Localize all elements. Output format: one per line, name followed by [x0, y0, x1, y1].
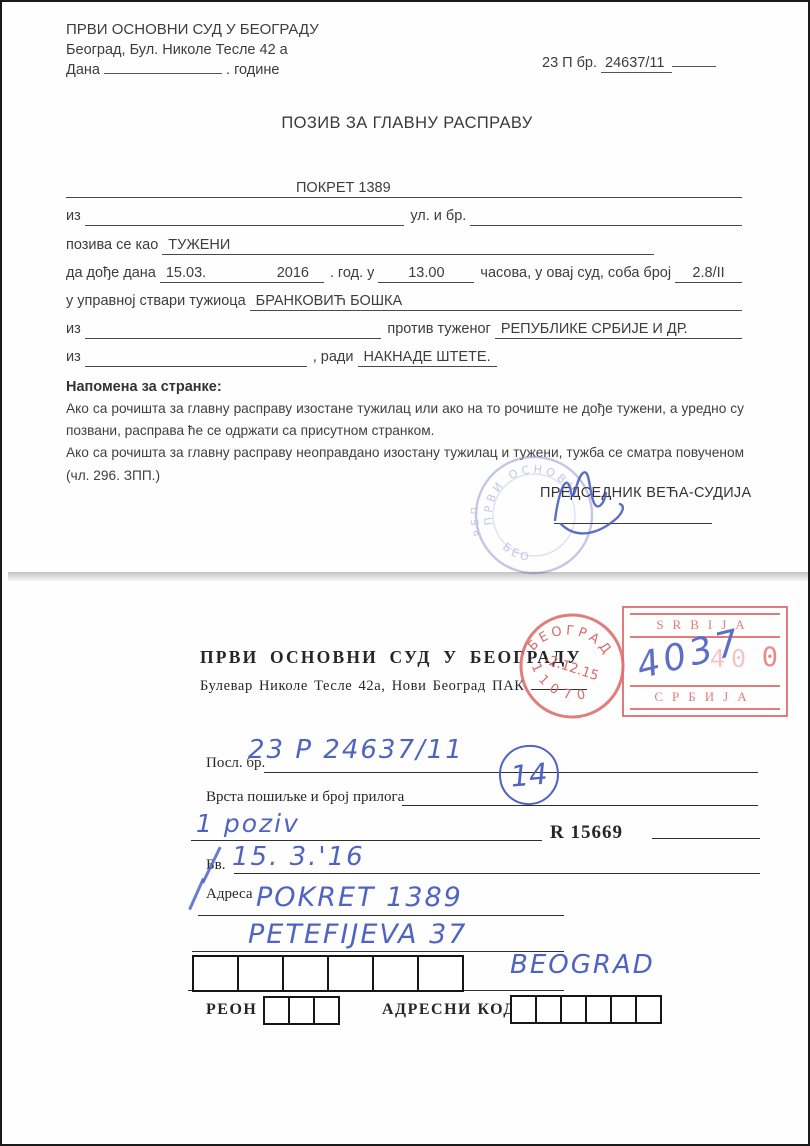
defendant-name: РЕПУБЛИКЕ СРБИЈЕ И ДР. [495, 321, 694, 338]
pen-slash-mark-2 [188, 878, 204, 910]
plaintiff-line: БРАНКОВИЋ БОШКА [250, 293, 742, 311]
type-label: Врста пошиљке и број прилога [206, 789, 404, 806]
envelope-edge-shadow [8, 572, 808, 581]
come-label: да дође дана [66, 265, 160, 283]
postal-code-box [237, 955, 284, 992]
room-line: 2.8/II [675, 265, 742, 283]
postal-code-box [372, 955, 419, 992]
address-line2-handwritten: PETEFIJEVA 37 [248, 919, 467, 950]
case-label: 23 П бр. [542, 55, 597, 71]
reon-box [313, 996, 340, 1025]
note-title: Напомена за странке: [66, 379, 744, 395]
day-line: 15.03. [160, 265, 262, 283]
type-handwritten-value: 1 poziv [196, 809, 300, 838]
adresni-kod-boxes [510, 995, 660, 1024]
street-label: ул. и бр. [404, 208, 470, 226]
address-line1-rule [198, 915, 564, 916]
circled-number: 14 [496, 742, 561, 807]
envelope-address-text: Булевар Николе Тесле 42а, Нови Београд П… [200, 678, 525, 694]
from-blank-line-3 [85, 366, 307, 367]
adresni-kod-box [560, 995, 587, 1024]
date-label: Дана [66, 62, 100, 78]
svg-text:БЕО: БЕО [497, 533, 537, 574]
court-name: ПРВИ ОСНОВНИ СУД У БЕОГРАДУ [66, 20, 319, 40]
hearing-day: 15.03. [160, 265, 212, 282]
summons-form: ПОКРЕТ 1389 из ул. и бр. позива се као Т… [66, 170, 742, 367]
case-number-row: 23 П бр. 24637/11 [542, 55, 716, 71]
adresni-kod-box [635, 995, 662, 1024]
adresni-kod-box [610, 995, 637, 1024]
recipient-name: ПОКРЕТ 1389 [290, 180, 397, 197]
ev-handwritten-date: 15. 3.'16 [232, 842, 365, 872]
adresni-kod-label: АДРЕСНИ КОД [382, 1001, 516, 1019]
adresni-kod-box [510, 995, 537, 1024]
matter-label: у управној ствари тужиоца [66, 293, 250, 311]
poziv-line-right [652, 838, 760, 839]
case-blank-line [672, 66, 716, 67]
type-line [402, 805, 758, 806]
court-header: ПРВИ ОСНОВНИ СУД У БЕОГРАДУ Београд, Бул… [66, 20, 319, 80]
document-title: ПОЗИВ ЗА ГЛАВНУ РАСПРАВУ [2, 114, 810, 133]
from-label-2: из [66, 321, 85, 339]
time-line: 13.00 [378, 265, 474, 283]
re-label: , ради [307, 349, 358, 367]
address-label: Адреса [206, 886, 253, 903]
postal-code-box [282, 955, 329, 992]
time-suffix: часова, у овај суд, соба број [474, 265, 675, 283]
postmark-stamp: БЕОГРАД -2.12.15 11070 [512, 606, 632, 726]
defendant-line: РЕПУБЛИКЕ СРБИЈЕ И ДР. [495, 321, 742, 339]
circled-number-value: 14 [509, 756, 549, 793]
scanned-court-summons-page: ПРВИ ОСНОВНИ СУД У БЕОГРАДУ Београд, Бул… [0, 0, 810, 1146]
postal-code-box [327, 955, 374, 992]
adresni-kod-box [585, 995, 612, 1024]
re-line: НАКНАДЕ ШТЕТЕ. [358, 349, 497, 367]
from-blank-line [85, 225, 405, 226]
date-suffix: . године [226, 62, 279, 78]
defendant-row: из против туженог РЕПУБЛИКЕ СРБИЈЕ И ДР. [66, 311, 742, 339]
year-line: 2016 [262, 265, 324, 283]
hearing-time: 13.00 [402, 265, 450, 282]
against-label: против туженог [381, 321, 494, 339]
judge-signature [545, 460, 655, 544]
reon-boxes [263, 996, 338, 1025]
plaintiff-row: у управној ствари тужиоца БРАНКОВИЋ БОШК… [66, 283, 742, 311]
from-label: из [66, 208, 85, 226]
franking-stamp: SRBIJA 40 0 4037 СРБИЈА [622, 606, 788, 717]
date-row: Дана . године [66, 60, 319, 80]
summoned-value: ТУЖЕНИ [162, 237, 236, 254]
reon-label: РЕОН [206, 1001, 257, 1019]
hearing-year: 2016 [271, 265, 315, 282]
address-line1-handwritten: POKRET 1389 [256, 882, 463, 913]
summoned-line: ТУЖЕНИ [162, 237, 654, 255]
registered-number: R 15669 [550, 822, 623, 844]
hearing-datetime-row: да дође дана 15.03. 2016 . год. у 13.00 … [66, 255, 742, 283]
ev-line [234, 873, 760, 874]
frank-meter-digit: 0 [762, 642, 778, 673]
seal-bottom-text: БЕО [497, 533, 537, 574]
reon-box [288, 996, 315, 1025]
frank-bottom-band: СРБИЈА [630, 685, 780, 710]
court-address: Београд, Бул. Николе Тесле 42 а [66, 40, 319, 60]
recipient-row: ПОКРЕТ 1389 [66, 170, 742, 198]
recipient-line: ПОКРЕТ 1389 [66, 180, 742, 198]
summoned-label: позива се као [66, 237, 162, 255]
case-number: 24637/11 [601, 55, 672, 73]
adresni-kod-box [535, 995, 562, 1024]
room-number: 2.8/II [686, 265, 730, 282]
from-label-3: из [66, 349, 85, 367]
address-city-handwritten: BEOGRAD [510, 950, 655, 980]
from-blank-line-2 [85, 338, 382, 339]
date-blank-line [104, 73, 222, 74]
poziv-line-left [191, 840, 542, 841]
note-paragraph-1: Ако са рочишта за главну расправу изоста… [66, 398, 744, 442]
summoned-row: позива се као ТУЖЕНИ [66, 226, 654, 254]
plaintiff-name: БРАНКОВИЋ БОШКА [250, 293, 408, 310]
matter-row: из , ради НАКНАДЕ ШТЕТЕ. [66, 339, 742, 367]
year-suffix: . год. у [324, 265, 379, 283]
from-street-row: из ул. и бр. [66, 198, 742, 226]
postal-code-boxes [192, 955, 462, 992]
reon-box [263, 996, 290, 1025]
street-blank-line [470, 225, 742, 226]
postal-code-box [417, 955, 464, 992]
postal-code-box [192, 955, 239, 992]
re-value: НАКНАДЕ ШТЕТЕ. [358, 349, 497, 366]
address-line2-rule [192, 951, 564, 952]
ref-handwritten-value: 23 P 24637/11 [248, 735, 464, 765]
